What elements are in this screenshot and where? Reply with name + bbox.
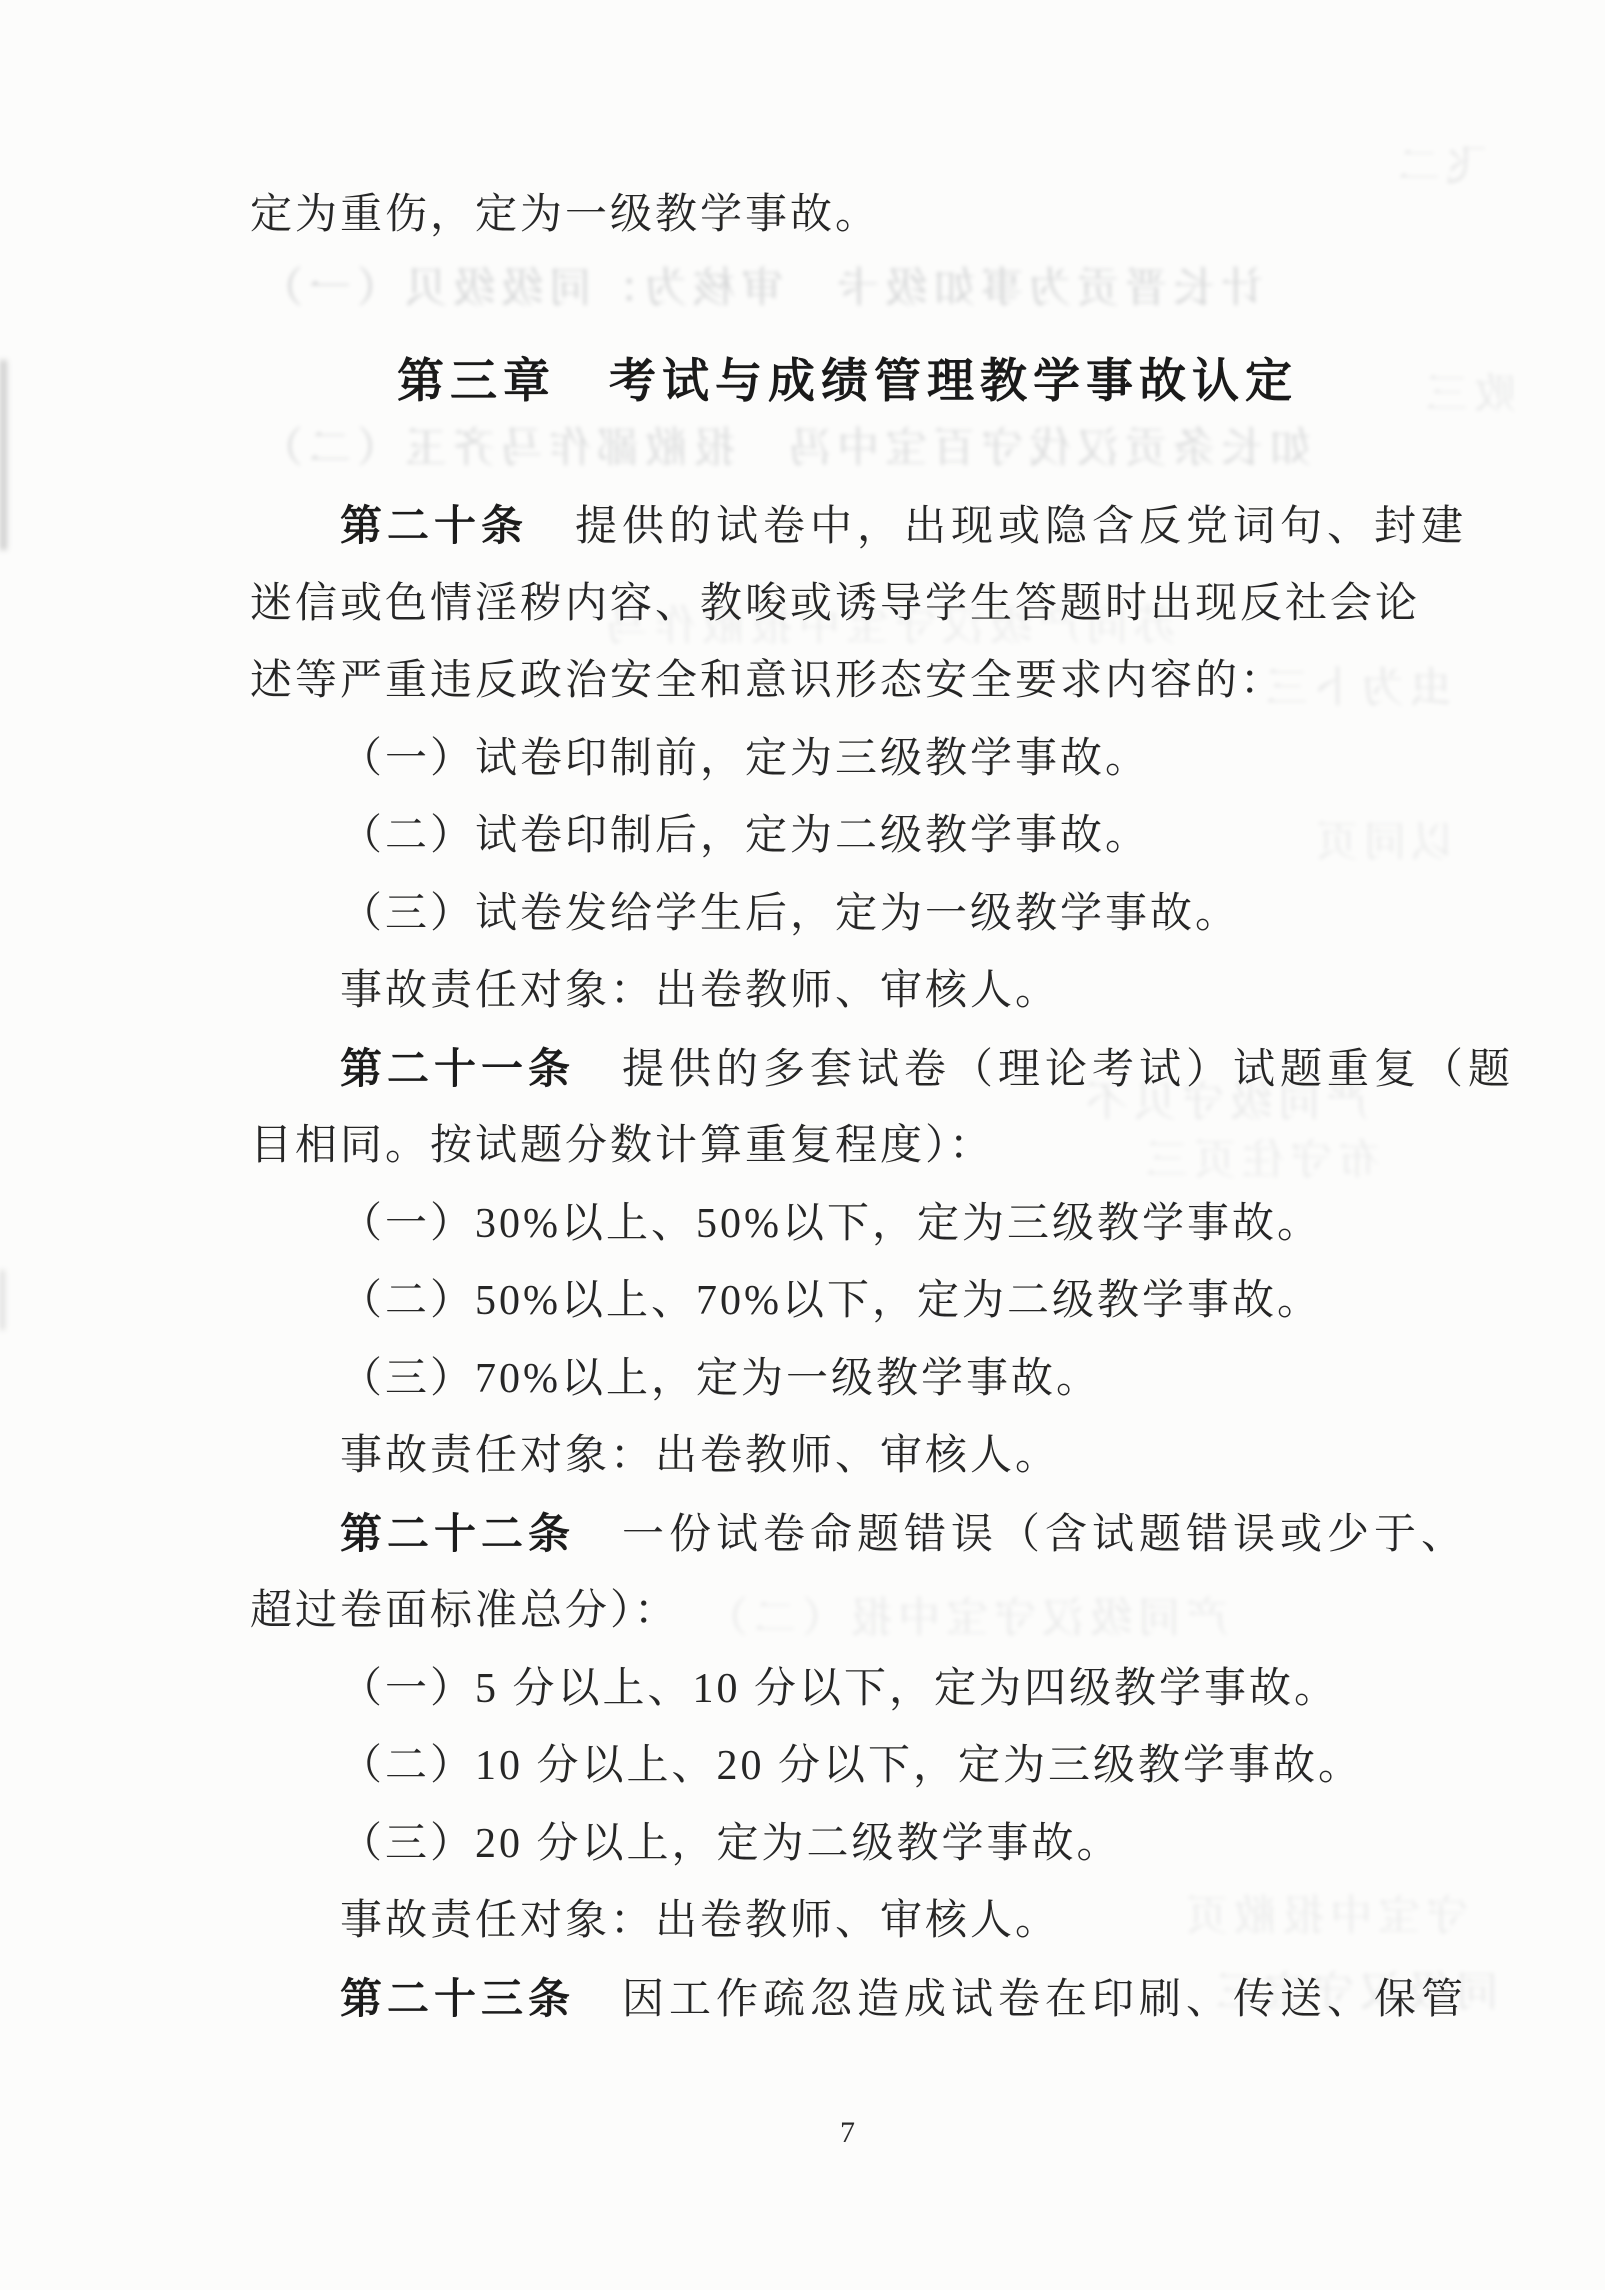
line-text: 一份试卷命题错误（含试题错误或少于、 bbox=[575, 1512, 1468, 1558]
chapter-heading: 第三章 考试与成绩管理教学事故认定 bbox=[250, 344, 1445, 411]
article-number: 第二十一条 bbox=[340, 1045, 575, 1092]
bleedthrough-line: 如长条贡汉伐守百宝中冯 报敝鄙作马齐玉（二） bbox=[255, 428, 1311, 470]
bleedthrough-line: 飞二 bbox=[1392, 146, 1488, 188]
text-line: 迷信或色情淫秽内容、教唆或诱导学生答题时出现反社会论 bbox=[250, 583, 1420, 625]
article-number: 第二十条 bbox=[340, 502, 528, 549]
article-number: 第二十三条 bbox=[340, 1975, 575, 2022]
text-line: （二）10 分以上、20 分以下，定为三级教学事故。 bbox=[340, 1745, 1363, 1787]
text-line: 目相同。按试题分数计算重复程度）： bbox=[250, 1125, 994, 1167]
text-line: 定为重伤，定为一级教学事故。 bbox=[250, 194, 880, 236]
text-line: （一）试卷印制前，定为三级教学事故。 bbox=[340, 738, 1150, 780]
bleedthrough-line: 守宝中报敝页 bbox=[1180, 1896, 1468, 1938]
text-line: （二）50%以上、70%以下，定为二级教学事故。 bbox=[340, 1280, 1322, 1322]
bleedthrough-line: 布守住页三 bbox=[1140, 1140, 1380, 1182]
scan-edge-smudge bbox=[0, 1270, 5, 1330]
line-text: 提供的试卷中，出现或隐含反党词句、封建 bbox=[528, 504, 1468, 550]
text-line: 事故责任对象：出卷教师、审核人。 bbox=[340, 1435, 1060, 1477]
bleedthrough-line: 虫为卜三 bbox=[1260, 668, 1452, 710]
text-line: （三）20 分以上，定为二级教学事故。 bbox=[340, 1823, 1122, 1865]
bleedthrough-line: 产同级汉守宝中报（二） bbox=[700, 1598, 1228, 1640]
bleedthrough-line: 以同页 bbox=[1310, 822, 1454, 864]
text-line: （三）70%以上，定为一级教学事故。 bbox=[340, 1358, 1101, 1400]
line-text: 因工作疏忽造成试卷在印刷、传送、保管 bbox=[575, 1977, 1468, 2023]
text-line: 第二十三条 因工作疏忽造成试卷在印刷、传送、保管 bbox=[340, 1978, 1468, 2021]
scan-edge-smudge bbox=[0, 360, 7, 550]
bleedthrough-line: 计长晋贡为事如级卡 审核为：同级级贝（一） bbox=[255, 268, 1263, 310]
article-number: 第二十二条 bbox=[340, 1510, 575, 1557]
text-line: 述等严重违反政治安全和意识形态安全要求内容的： bbox=[250, 660, 1285, 702]
line-text: 提供的多套试卷（理论考试）试题重复（题 bbox=[575, 1047, 1515, 1093]
text-line: （一）5 分以上、10 分以下，定为四级教学事故。 bbox=[340, 1668, 1339, 1710]
text-line: 事故责任对象：出卷教师、审核人。 bbox=[340, 1900, 1060, 1942]
scanned-document-page: 计长晋贡为事如级卡 审核为：同级级贝（一） 如长条贡汉伐守百宝中冯 报敝鄙作马齐… bbox=[0, 0, 1605, 2290]
text-line: （二）试卷印制后，定为二级教学事故。 bbox=[340, 815, 1150, 857]
text-line: 第二十一条 提供的多套试卷（理论考试）试题重复（题 bbox=[340, 1048, 1515, 1091]
text-line: （三）试卷发给学生后，定为一级教学事故。 bbox=[340, 893, 1240, 935]
text-line: 第二十条 提供的试卷中，出现或隐含反党词句、封建 bbox=[340, 505, 1468, 548]
text-line: 超过卷面标准总分）： bbox=[250, 1590, 679, 1632]
text-line: 事故责任对象：出卷教师、审核人。 bbox=[340, 970, 1060, 1012]
text-line: 第二十二条 一份试卷命题错误（含试题错误或少于、 bbox=[340, 1513, 1468, 1556]
text-line: （一）30%以上、50%以下，定为三级教学事故。 bbox=[340, 1203, 1322, 1245]
page-number: 7 bbox=[250, 2116, 1445, 2150]
